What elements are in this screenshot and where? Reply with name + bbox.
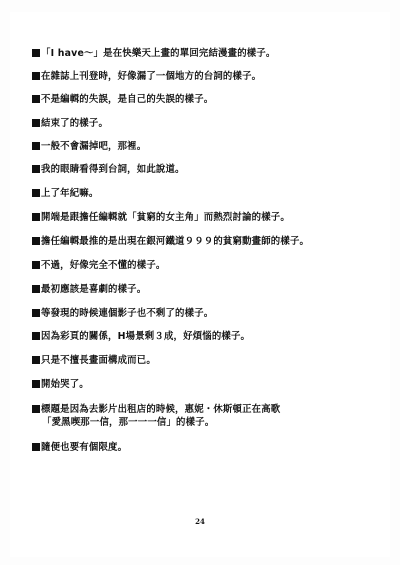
list-item-continuation: 「愛黑喫那一信，那一一一信」的樣子。 xyxy=(42,417,214,429)
list-item: 在雜誌上刊登時，好像漏了一個地方的台詞的樣子。 xyxy=(32,71,261,83)
square-bullet-icon xyxy=(32,95,40,103)
list-item: 不是編輯的失誤，是自己的失誤的樣子。 xyxy=(32,94,213,106)
list-item: 結束了的樣子。 xyxy=(32,118,108,130)
page-number: 24 xyxy=(0,517,400,526)
square-bullet-icon xyxy=(32,119,40,127)
square-bullet-icon xyxy=(32,332,40,340)
square-bullet-icon xyxy=(32,309,40,317)
list-item: 上了年紀嘛。 xyxy=(32,188,98,200)
list-item: 因為彩頁的關係，H場景剩３成，好煩惱的樣子。 xyxy=(32,331,250,343)
square-bullet-icon xyxy=(32,189,40,197)
list-item: 標題是因為去影片出租店的時候，惠妮・休斯頓正在高歌 xyxy=(32,404,280,416)
square-bullet-icon xyxy=(32,380,40,388)
square-bullet-icon xyxy=(32,237,40,245)
list-item: 等發現的時候連個影子也不剩了的樣子。 xyxy=(32,308,213,320)
square-bullet-icon xyxy=(32,165,40,173)
square-bullet-icon xyxy=(32,72,40,80)
list-item: 擔任編輯最推的是出現在銀河鐵道９９９的貧窮動畫師的樣子。 xyxy=(32,236,309,248)
square-bullet-icon xyxy=(32,356,40,364)
square-bullet-icon xyxy=(32,405,40,413)
square-bullet-icon xyxy=(32,443,40,451)
list-item: 開端是跟擔任編輯就「貧窮的女主角」而熱烈討論的樣子。 xyxy=(32,212,290,224)
square-bullet-icon xyxy=(32,49,40,57)
square-bullet-icon xyxy=(32,285,40,293)
square-bullet-icon xyxy=(32,213,40,221)
list-item: 只是不擅長畫面構成而已。 xyxy=(32,355,156,367)
list-item: 不過，好像完全不懂的樣子。 xyxy=(32,260,165,272)
list-item: 隨便也要有個限度。 xyxy=(32,442,127,454)
list-item: 「I have～」是在快樂天上畫的單回完結漫畫的樣子。 xyxy=(32,48,276,60)
list-item: 我的眼睛看得到台詞，如此說道。 xyxy=(32,164,185,176)
list-item: 最初應該是喜劇的樣子。 xyxy=(32,284,146,296)
square-bullet-icon xyxy=(32,261,40,269)
list-item: 開始哭了。 xyxy=(32,379,89,391)
square-bullet-icon xyxy=(32,142,40,150)
list-item: 一般不會漏掉吧，那裡。 xyxy=(32,141,146,153)
